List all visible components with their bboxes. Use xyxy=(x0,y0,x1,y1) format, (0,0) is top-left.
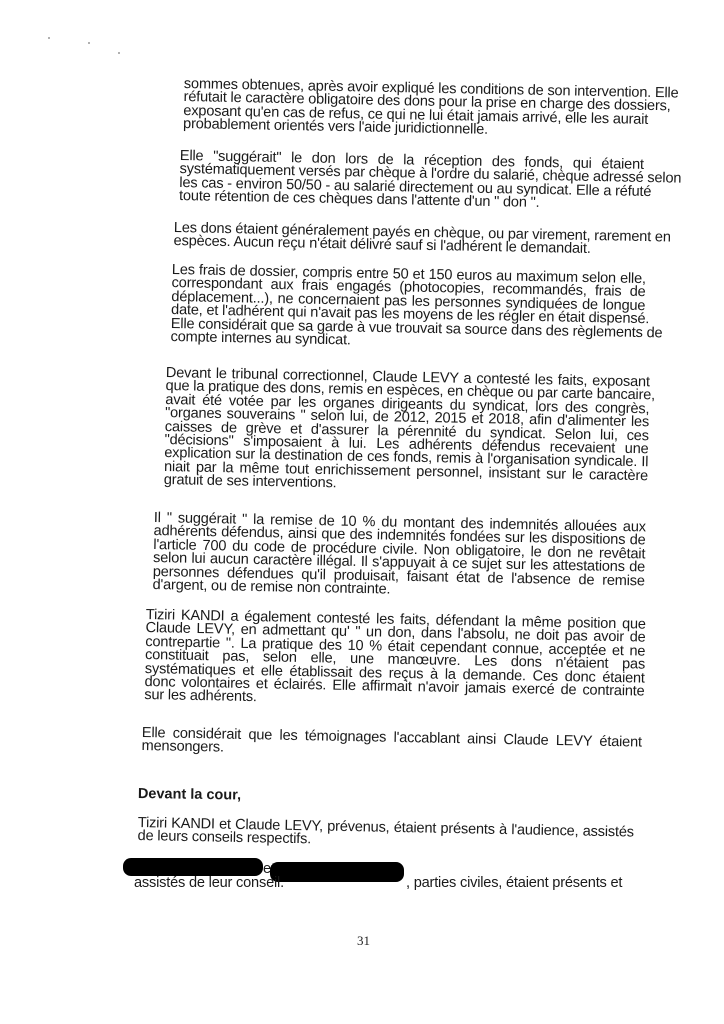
paragraph-2: Elle "suggérait" le don lors de la récep… xyxy=(179,150,644,213)
scan-speck xyxy=(118,52,120,54)
paragraph-7: Tiziri KANDI a également contesté les fa… xyxy=(144,609,646,712)
paragraph-6: Il " suggérait " la remise de 10 % du mo… xyxy=(152,512,645,602)
redaction-block xyxy=(270,862,404,882)
paragraph-4: Les frais de dossier, compris entre 50 e… xyxy=(170,264,645,354)
paragraph-3: Les dons étaient généralement payés en c… xyxy=(173,222,643,258)
section-heading: Devant la cour, xyxy=(138,786,241,803)
scan-speck xyxy=(88,42,90,44)
document-page: sommes obtenues, après avoir expliqué le… xyxy=(0,0,724,1024)
paragraph-9: Tiziri KANDI et Claude LEVY, prévenus, é… xyxy=(137,817,633,853)
redacted-line-end: , parties civiles, étaient présents et xyxy=(406,875,622,891)
paragraph-5: Devant le tribunal correctionnel, Claude… xyxy=(164,367,650,497)
paragraph-1: sommes obtenues, après avoir expliqué le… xyxy=(183,78,646,140)
redaction-block xyxy=(123,858,263,876)
redacted-line-start: assistés de leur conseil. xyxy=(134,875,284,891)
paragraph-8: Elle considérait que les témoignages l'a… xyxy=(141,727,641,763)
scan-speck xyxy=(48,37,50,39)
page-number: 31 xyxy=(357,933,370,949)
